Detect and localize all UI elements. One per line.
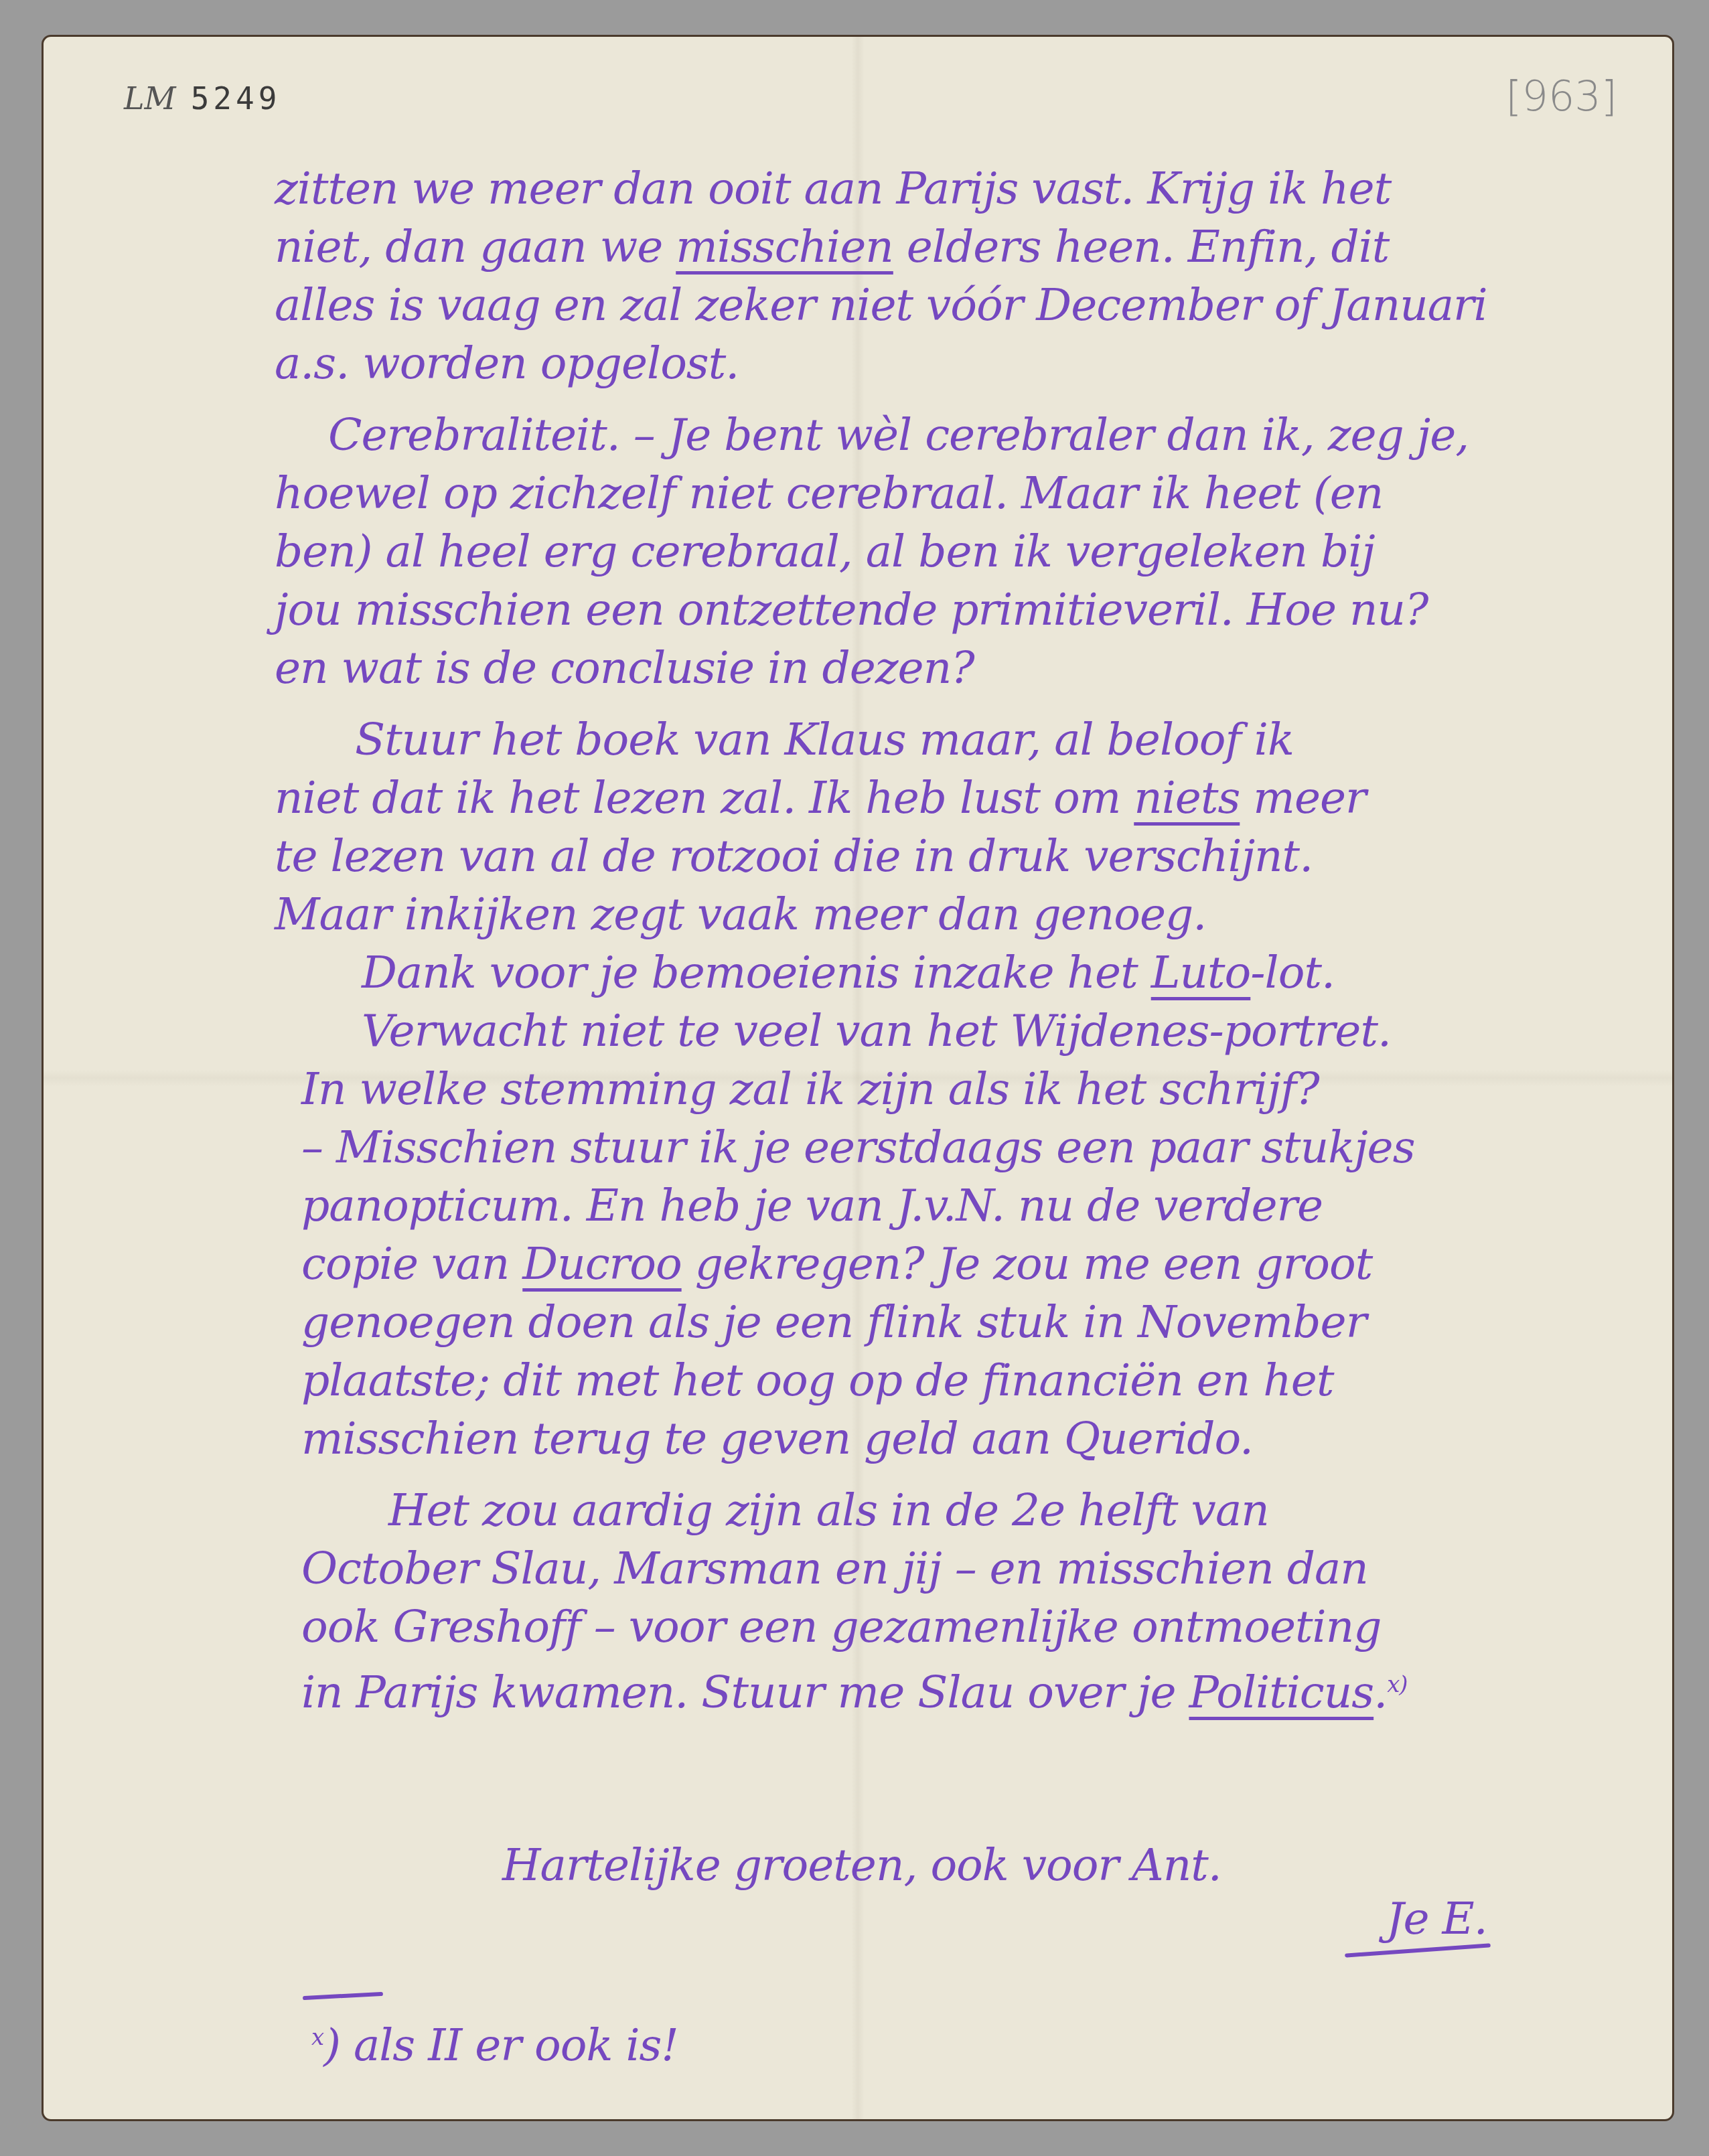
footnote-marker: x) [1387,1671,1407,1698]
archive-stamp-number: 5249 [191,80,281,117]
text-line: ben) al heel erg cerebraal, al ben ik ve… [275,522,1654,581]
underlined-word: Ducroo [522,1238,681,1290]
folio-number: [963] [1505,72,1617,121]
text-line: copie van Ducroo gekregen? Je zou me een… [275,1235,1654,1293]
footnote: x) als II er ook is! [311,2009,678,2074]
text-line: niet dat ik het lezen zal. Ik heb lust o… [275,769,1654,827]
text-fragment: -lot. [1250,947,1335,998]
text-fragment: . [1373,1667,1387,1718]
text-line: in Parijs kwamen. Stuur me Slau over je … [275,1656,1654,1714]
underlined-word: Politicus [1189,1667,1373,1718]
text-line: ook Greshoff – voor een gezamenlijke ont… [275,1598,1654,1656]
text-fragment: meer [1253,772,1365,824]
text-fragment: copie van [301,1238,509,1290]
text-line: Maar inkijken zegt vaak meer dan genoeg. [275,885,1654,943]
text-line: en wat is de conclusie in dezen? [275,639,1654,697]
footnote-marker: x [311,2024,323,2051]
text-line: October Slau, Marsman en jij – en missch… [275,1539,1654,1598]
text-line: – Misschien stuur ik je eerstdaags een p… [275,1118,1654,1176]
text-line: Stuur het boek van Klaus maar, al beloof… [275,710,1654,769]
text-line: genoegen doen als je een flink stuk in N… [275,1293,1654,1351]
text-line: hoewel op zichzelf niet cerebraal. Maar … [275,464,1654,522]
text-line: misschien terug te geven geld aan Querid… [275,1409,1654,1468]
underlined-word: misschien [676,221,893,273]
signature: Je E. [1386,1890,1487,1948]
text-line: jou misschien een ontzettende primitieve… [275,581,1654,639]
archive-stamp-prefix: LM [124,80,176,117]
text-line: zitten we meer dan ooit aan Parijs vast.… [275,159,1654,218]
text-line: a.s. worden opgelost. [275,334,1654,392]
text-line: Verwacht niet te veel van het Wijdenes-p… [275,1002,1654,1060]
footnote-text: ) als II er ook is! [323,2019,678,2071]
text-line: te lezen van al de rotzooi die in druk v… [275,827,1654,885]
text-fragment: Dank voor je bemoeienis inzake het [362,947,1138,998]
text-fragment: niet dat ik het lezen zal. Ik heb lust o… [275,772,1120,824]
text-line: plaatste; dit met het oog op de financië… [275,1351,1654,1409]
text-line: alles is vaag en zal zeker niet vóór Dec… [275,276,1654,334]
underlined-word: niets [1134,772,1240,824]
text-line: niet, dan gaan we misschien elders heen.… [275,218,1654,276]
text-line: Dank voor je bemoeienis inzake het Luto-… [275,943,1654,1002]
text-fragment: gekregen? Je zou me een groot [695,1238,1373,1290]
text-fragment: niet, dan gaan we [275,221,662,273]
closing-greeting: Hartelijke groeten, ook voor Ant. [502,1836,1221,1894]
letter-body: zitten we meer dan ooit aan Parijs vast.… [275,159,1654,1714]
text-line: Het zou aardig zijn als in de 2e helft v… [275,1481,1654,1539]
text-line: panopticum. En heb je van J.v.N. nu de v… [275,1176,1654,1235]
text-line: Cerebraliteit. – Je bent wèl cerebraler … [275,406,1654,464]
archive-stamp: LM5249 [124,80,281,117]
underlined-word: Luto [1151,947,1251,998]
text-fragment: in Parijs kwamen. Stuur me Slau over je [301,1667,1176,1718]
text-line: In welke stemming zal ik zijn als ik het… [275,1060,1654,1118]
text-fragment: elders heen. Enfin, dit [907,221,1390,273]
